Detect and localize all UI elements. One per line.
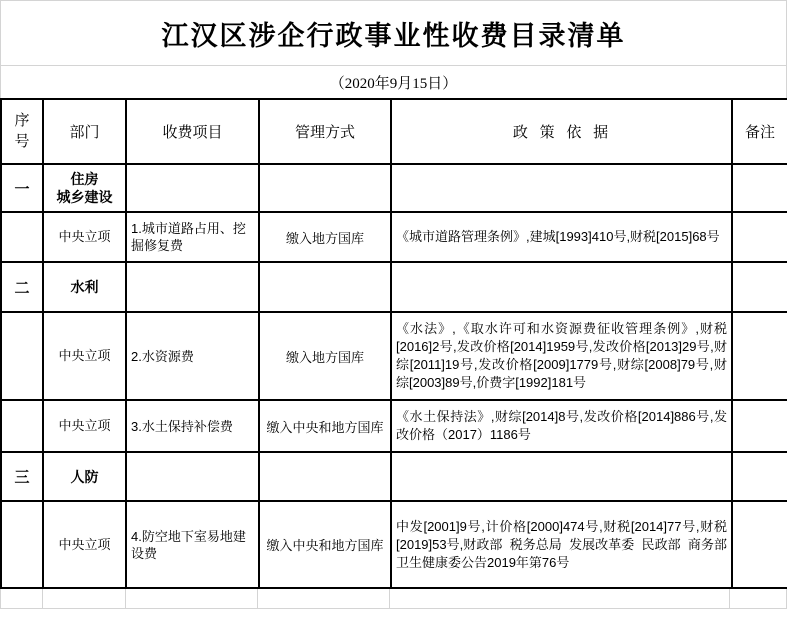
cell-seq: 三 (1, 452, 43, 501)
cell-note (732, 501, 787, 588)
cell-dept: 人防 (43, 452, 126, 501)
fee-table: 序 号 部门 收费项目 管理方式 政 策 依 据 备注 一 住房 城乡建设 中央… (0, 98, 787, 589)
cell-method (259, 164, 391, 212)
cell-policy: 《水法》,《取水许可和水资源费征收管理条例》,财税[2016]2号,发改价格[2… (391, 312, 732, 400)
cell-method: 缴入地方国库 (259, 312, 391, 400)
table-row: 中央立项 2.水资源费 缴入地方国库 《水法》,《取水许可和水资源费征收管理条例… (1, 312, 787, 400)
cell-item: 4.防空地下室易地建设费 (126, 501, 259, 588)
cell-policy (391, 452, 732, 501)
cell-dept: 中央立项 (43, 312, 126, 400)
cell-note (732, 164, 787, 212)
cell-item (126, 164, 259, 212)
empty-grid-cell (1, 589, 43, 608)
cell-policy: 中发[2001]9号,计价格[2000]474号,财税[2014]77号,财税[… (391, 501, 732, 588)
cell-item: 2.水资源费 (126, 312, 259, 400)
page-date: （2020年9月15日） (0, 66, 787, 98)
col-header-method: 管理方式 (259, 99, 391, 164)
cell-method: 缴入地方国库 (259, 212, 391, 262)
cell-item: 3.水土保持补偿费 (126, 400, 259, 452)
empty-grid-cell (43, 589, 126, 608)
cell-policy (391, 164, 732, 212)
cell-note (732, 452, 787, 501)
cell-policy: 《城市道路管理条例》,建城[1993]410号,财税[2015]68号 (391, 212, 732, 262)
cell-dept: 中央立项 (43, 400, 126, 452)
header-row: 序 号 部门 收费项目 管理方式 政 策 依 据 备注 (1, 99, 787, 164)
col-header-policy: 政 策 依 据 (391, 99, 732, 164)
cell-note (732, 312, 787, 400)
fee-catalog-sheet: 江汉区涉企行政事业性收费目录清单 （2020年9月15日） 序 号 部门 收费项… (0, 0, 787, 627)
col-header-seq: 序 号 (1, 99, 43, 164)
empty-grid-cell (258, 589, 390, 608)
cell-note (732, 400, 787, 452)
cell-item: 1.城市道路占用、挖掘修复费 (126, 212, 259, 262)
table-row: 中央立项 1.城市道路占用、挖掘修复费 缴入地方国库 《城市道路管理条例》,建城… (1, 212, 787, 262)
cell-dept: 水利 (43, 262, 126, 312)
cell-seq (1, 212, 43, 262)
cell-method: 缴入中央和地方国库 (259, 400, 391, 452)
cell-policy (391, 262, 732, 312)
col-header-note: 备注 (732, 99, 787, 164)
page-title: 江汉区涉企行政事业性收费目录清单 (0, 0, 787, 66)
empty-grid-cell (730, 589, 786, 608)
col-header-item: 收费项目 (126, 99, 259, 164)
cell-note (732, 212, 787, 262)
cell-seq (1, 312, 43, 400)
cell-seq: 一 (1, 164, 43, 212)
cell-seq (1, 400, 43, 452)
table-row: 中央立项 4.防空地下室易地建设费 缴入中央和地方国库 中发[2001]9号,计… (1, 501, 787, 588)
cell-dept: 中央立项 (43, 501, 126, 588)
table-row: 一 住房 城乡建设 (1, 164, 787, 212)
empty-grid-cell (126, 589, 259, 608)
cell-seq: 二 (1, 262, 43, 312)
cell-method (259, 452, 391, 501)
empty-grid-row (0, 589, 787, 609)
cell-method (259, 262, 391, 312)
table-row: 中央立项 3.水土保持补偿费 缴入中央和地方国库 《水土保持法》,财综[2014… (1, 400, 787, 452)
empty-grid-cell (390, 589, 730, 608)
cell-policy: 《水土保持法》,财综[2014]8号,发改价格[2014]886号,发改价格（2… (391, 400, 732, 452)
cell-item (126, 262, 259, 312)
cell-method: 缴入中央和地方国库 (259, 501, 391, 588)
cell-note (732, 262, 787, 312)
cell-item (126, 452, 259, 501)
cell-dept: 中央立项 (43, 212, 126, 262)
table-row: 三 人防 (1, 452, 787, 501)
cell-dept: 住房 城乡建设 (43, 164, 126, 212)
table-row: 二 水利 (1, 262, 787, 312)
cell-seq (1, 501, 43, 588)
col-header-dept: 部门 (43, 99, 126, 164)
